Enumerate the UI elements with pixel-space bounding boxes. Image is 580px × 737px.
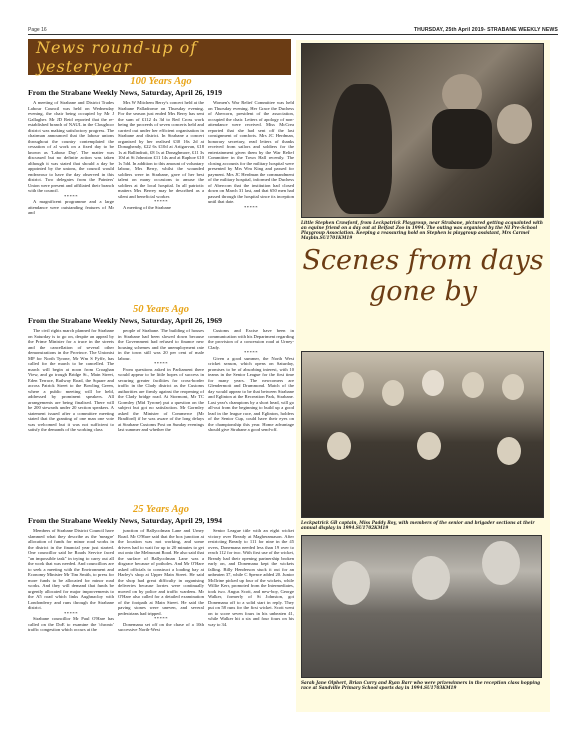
section-50-years-ago: 50 Years Ago From the Strabane Weekly Ne… [28,304,294,433]
gb-group-photo [301,351,544,518]
banner-title: News round-up of yesteryear [36,38,291,76]
text-column: Senior League title with an eight wicket… [208,528,294,633]
face-shape [342,372,364,398]
page-number: Page 16 [28,27,47,33]
face-shape [332,561,370,605]
text-column: junction of Ballycolman Lane and Urney R… [118,528,204,633]
adult-head-shape [497,104,532,144]
face-shape [497,437,521,465]
era-title: 50 Years Ago [28,304,294,316]
child-body-shape [432,109,492,169]
era-title: 100 Years Ago [28,76,294,88]
paragraph: Given a good summer, the North West cric… [208,356,294,433]
photo-caption: Little Stephen Crawford, from Leckpatric… [301,220,546,240]
face-shape [417,432,441,460]
section-25-years-ago: 25 Years Ago From the Strabane Weekly Ne… [28,504,294,633]
era-subtitle: From the Strabane Weekly News, Saturday,… [28,316,294,326]
scenes-headline: Scenes from days gone by [296,245,550,307]
face-shape [462,372,484,398]
face-shape [382,380,404,406]
paragraph: Senior League title with an eight wicket… [208,528,294,627]
page-header: Page 16 THURSDAY, 25th April 2019- STRAB… [28,27,558,35]
paragraph: A meeting of Strabane and District Trade… [28,100,114,194]
paragraph: From questions asked in Parliament there… [118,367,204,433]
three-children-photo [301,535,542,678]
paragraph: Customs and Excise have been in communic… [208,328,294,350]
child-with-horse-photo [301,43,544,218]
face-shape [327,432,351,460]
text-column: Women's War Relief Committee was held on… [208,100,294,216]
child-head-shape [442,74,482,114]
dateline: THURSDAY, 25th April 2019- STRABANE WEEK… [414,27,558,33]
text-column: people of Strabane. The building of hous… [118,328,204,433]
text-column: Customs and Excise have been in communic… [208,328,294,433]
horse-shape [332,84,392,214]
era-title: 25 Years Ago [28,504,294,516]
text-column: Members of Strabane District Council hav… [28,528,114,633]
photo-caption: Sarah Jane Olphert, Brian Curry and Ryan… [301,680,546,690]
face-shape [422,370,444,396]
section-100-years-ago: 100 Years Ago From the Strabane Weekly N… [28,76,294,216]
text-column: The civil rights march planned for Strab… [28,328,114,433]
paragraph: A meeting of the Strabane [118,205,204,211]
text-column: Mrs W Mitchem Berry's concert held at th… [118,100,204,216]
paragraph: Members of Strabane District Council hav… [28,528,114,611]
paragraph: Mrs W Mitchem Berry's concert held at th… [118,100,204,199]
era-subtitle: From the Strabane Weekly News, Saturday,… [28,516,294,526]
paragraph: Donemana set off on the chase of a 10th … [118,622,204,633]
paragraph: Strabane councillor Mr Paul O'Hare has c… [28,616,114,633]
section-banner: News round-up of yesteryear [28,39,291,75]
paragraph: junction of Ballycolman Lane and Urney R… [118,528,204,616]
face-shape [502,374,524,400]
text-column: A meeting of Strabane and District Trade… [28,100,114,216]
paragraph: people of Strabane. The building of hous… [118,328,204,361]
paragraph: A magnificent programme and a large atte… [28,199,114,216]
era-subtitle: From the Strabane Weekly News, Saturday,… [28,88,294,98]
photo-panel: Little Stephen Crawford, from Leckpatric… [296,40,550,712]
paragraph: The civil rights march planned for Strab… [28,328,114,433]
paragraph: Women's War Relief Committee was held on… [208,100,294,205]
face-shape [482,541,520,585]
photo-caption: Leckpatrick GB captain, Miss Paddy Roy, … [301,520,546,530]
face-shape [412,556,450,600]
separator: ***** [208,205,294,211]
